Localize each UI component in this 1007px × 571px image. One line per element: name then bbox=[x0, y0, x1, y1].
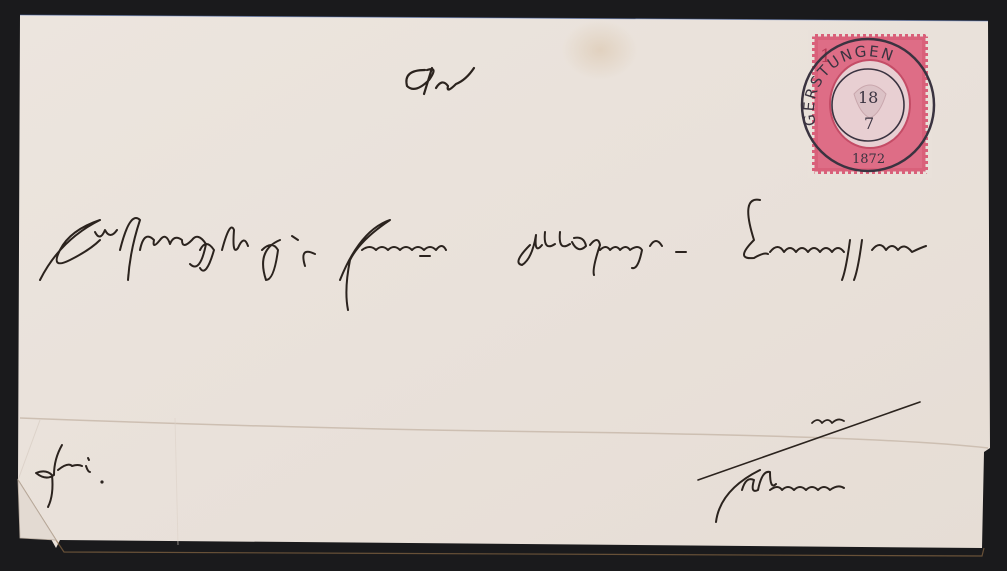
folded-letter: 1 18 7 GERSTUNGEN 1872 bbox=[0, 0, 1007, 571]
photo-scene: 1 18 7 GERSTUNGEN 1872 bbox=[0, 0, 1007, 571]
paper-stain bbox=[562, 20, 638, 80]
svg-text:7: 7 bbox=[864, 114, 874, 133]
svg-text:1872: 1872 bbox=[852, 152, 885, 167]
svg-text:18: 18 bbox=[858, 88, 878, 107]
